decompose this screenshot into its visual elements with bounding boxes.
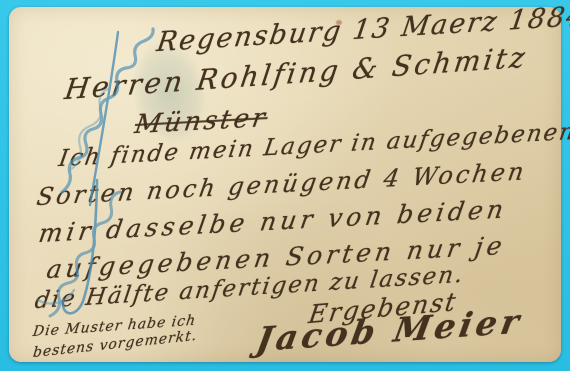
scan-background: Regensburg 13 Maerz 1884. Herren Rohlfin…: [0, 0, 570, 371]
blue-pencil-marks: [0, 0, 570, 371]
